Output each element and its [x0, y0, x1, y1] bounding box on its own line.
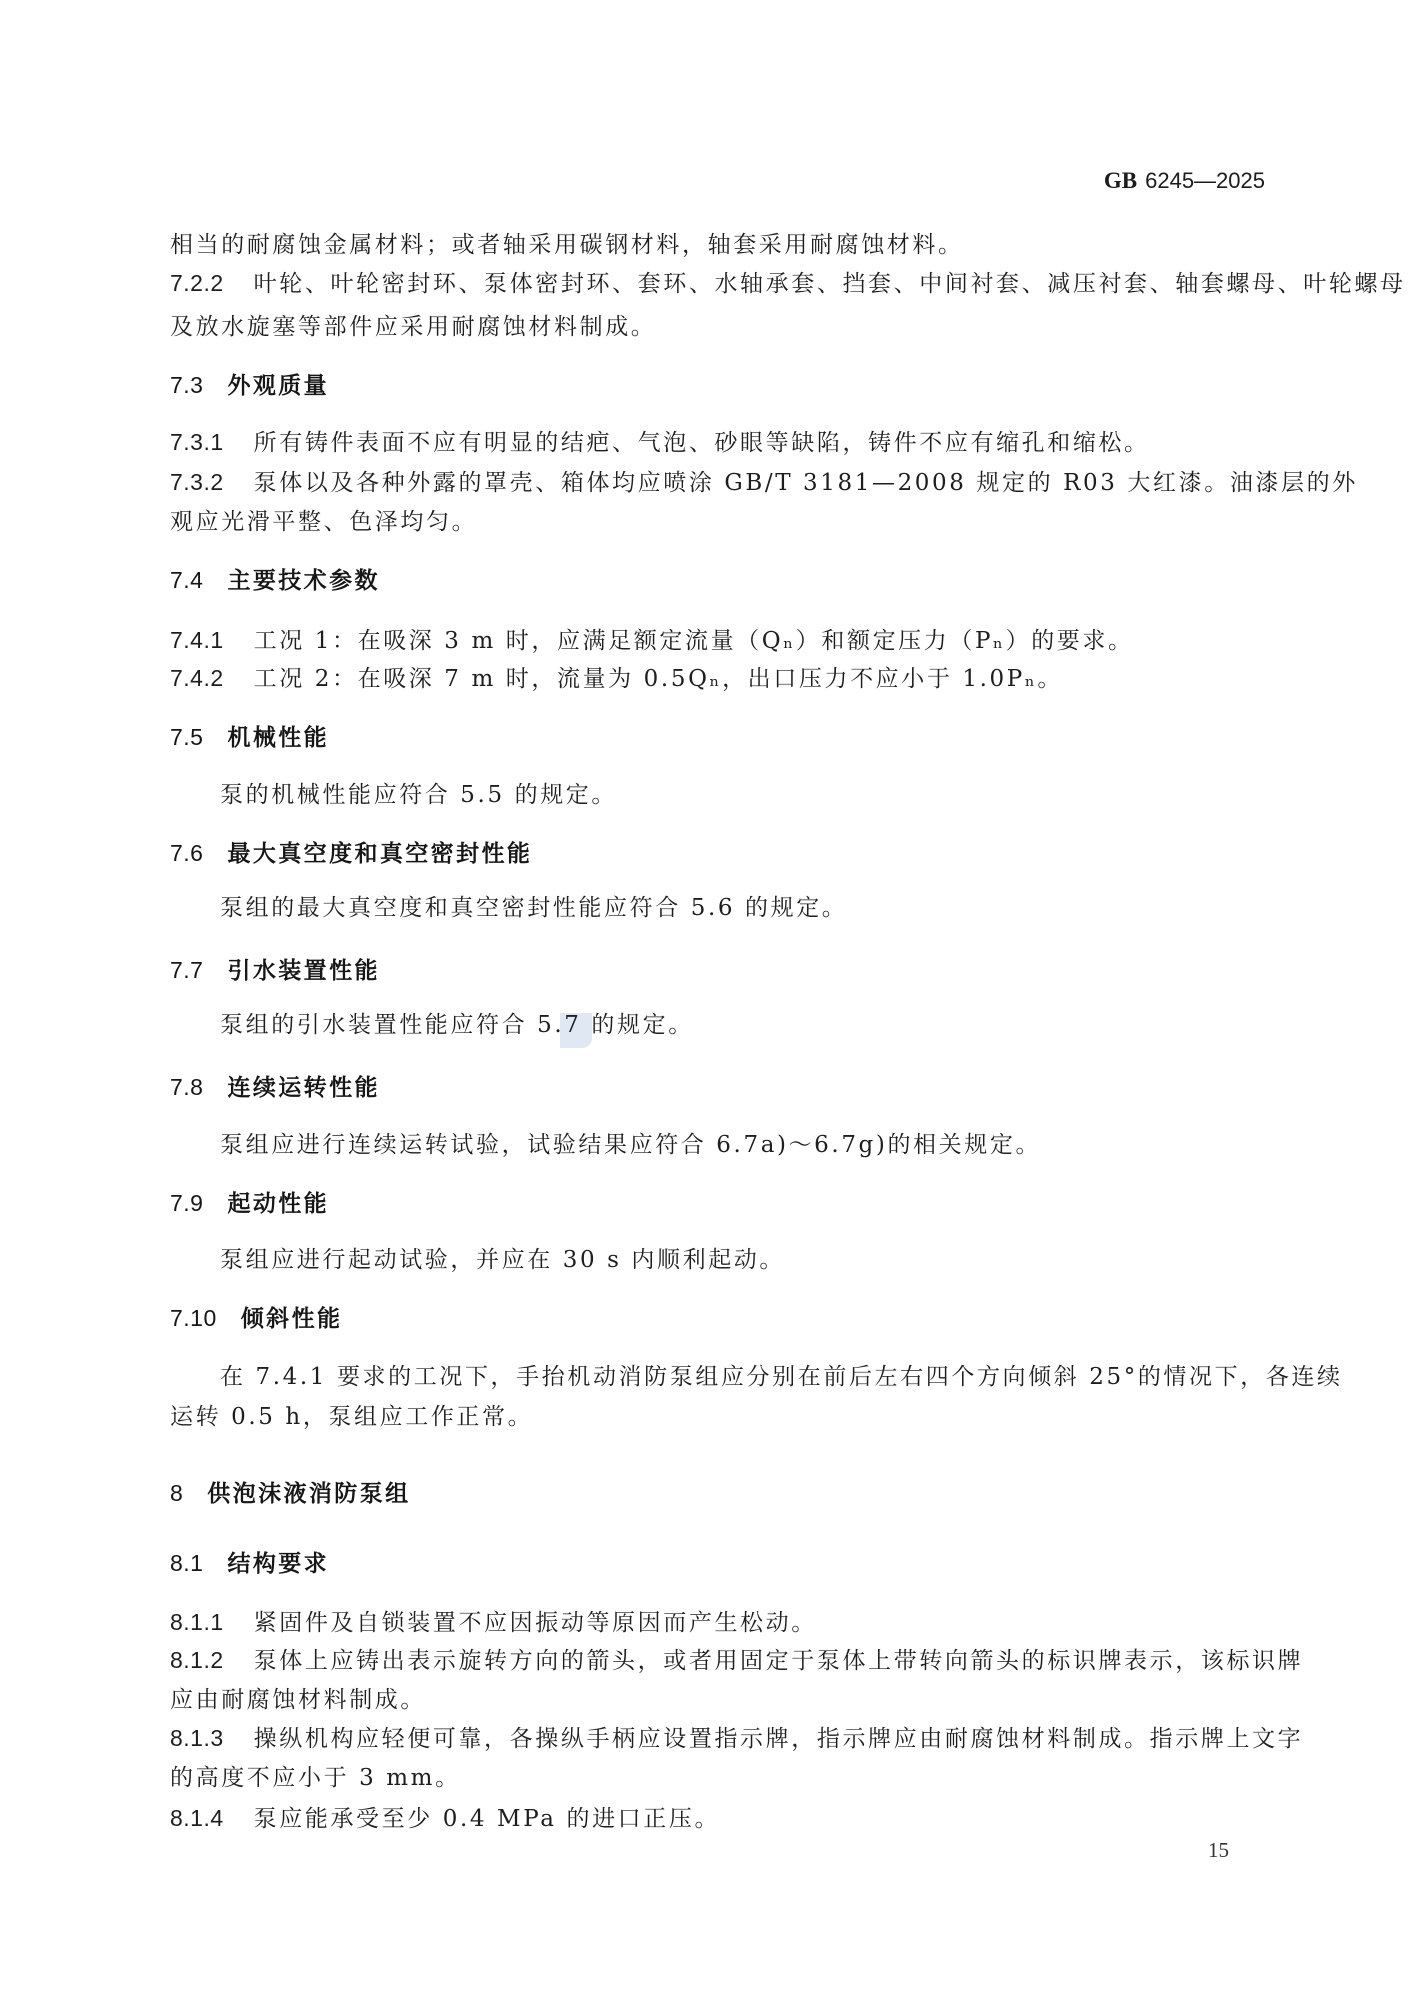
standard-prefix: GB — [1104, 168, 1137, 193]
line-text: 应由耐腐蚀材料制成。 — [170, 1687, 426, 1713]
heading-7-10: 7.10倾斜性能 — [170, 1300, 1262, 1336]
clause-7-3-2: 7.3.2泵体以及各种外露的罩壳、箱体均应喷涂 GB/T 3181—2008 规… — [170, 464, 1262, 500]
paragraph-line: 应由耐腐蚀材料制成。 — [170, 1682, 1262, 1718]
heading-number: 8.1 — [170, 1545, 203, 1581]
paragraph-text: 泵组应进行起动试验，并应在 30 s 内顺利起动。 — [220, 1247, 785, 1273]
paragraph-7-5: 泵的机械性能应符合 5.5 的规定。 — [170, 777, 1262, 813]
heading-7-8: 7.8连续运转性能 — [170, 1069, 1262, 1105]
clause-text: 操纵机构应轻便可靠，各操纵手柄应设置指示牌，指示牌应由耐腐蚀材料制成。指示牌上文… — [254, 1726, 1304, 1752]
clause-text: 泵体上应铸出表示旋转方向的箭头，或者用固定于泵体上带转向箭头的标识牌表示，该标识… — [254, 1648, 1304, 1674]
heading-number: 7.3 — [170, 367, 203, 403]
heading-title: 主要技术参数 — [227, 568, 379, 594]
clause-8-1-2: 8.1.2泵体上应铸出表示旋转方向的箭头，或者用固定于泵体上带转向箭头的标识牌表… — [170, 1642, 1262, 1678]
heading-8-1: 8.1结构要求 — [170, 1545, 1262, 1581]
clause-7-4-2: 7.4.2工况 2：在吸深 7 m 时，流量为 0.5Qₙ，出口压力不应小于 1… — [170, 660, 1262, 696]
clause-number: 8.1.2 — [170, 1642, 224, 1678]
clause-number: 7.3.1 — [170, 424, 224, 460]
line-text: 观应光滑平整、色泽均匀。 — [170, 509, 477, 535]
clause-number: 7.4.2 — [170, 660, 224, 696]
heading-title: 倾斜性能 — [241, 1306, 343, 1332]
paragraph-7-10: 在 7.4.1 要求的工况下，手抬机动消防泵组应分别在前后左右四个方向倾斜 25… — [170, 1359, 1262, 1395]
clause-7-4-1: 7.4.1工况 1：在吸深 3 m 时，应满足额定流量（Qₙ）和额定压力（Pₙ）… — [170, 622, 1262, 658]
heading-title: 引水装置性能 — [227, 958, 379, 984]
clause-7-2-2: 7.2.2叶轮、叶轮密封环、泵体密封环、套环、水轴承套、挡套、中间衬套、减压衬套… — [170, 265, 1262, 301]
clause-7-3-1: 7.3.1所有铸件表面不应有明显的结疤、气泡、砂眼等缺陷，铸件不应有缩孔和缩松。 — [170, 424, 1262, 460]
clause-number: 7.2.2 — [170, 265, 224, 301]
clause-8-1-1: 8.1.1紧固件及自锁装置不应因振动等原因而产生松动。 — [170, 1604, 1262, 1640]
heading-number: 7.10 — [170, 1300, 217, 1336]
paragraph-text: 泵组的引水装置性能应符合 5.7 的规定。 — [220, 1012, 694, 1038]
paragraph-line: 相当的耐腐蚀金属材料；或者轴采用碳钢材料，轴套采用耐腐蚀材料。 — [170, 227, 1262, 263]
page-number: 15 — [1208, 1838, 1229, 1863]
heading-7-9: 7.9起动性能 — [170, 1185, 1262, 1221]
line-text: 的高度不应小于 3 mm。 — [170, 1765, 461, 1791]
paragraph-7-7: 泵组的引水装置性能应符合 5.7 的规定。 — [170, 1007, 1262, 1043]
clause-text: 所有铸件表面不应有明显的结疤、气泡、砂眼等缺陷，铸件不应有缩孔和缩松。 — [254, 430, 1150, 456]
heading-title: 结构要求 — [227, 1551, 329, 1577]
clause-number: 7.3.2 — [170, 464, 224, 500]
heading-number: 7.8 — [170, 1069, 203, 1105]
clause-8-1-3: 8.1.3操纵机构应轻便可靠，各操纵手柄应设置指示牌，指示牌应由耐腐蚀材料制成。… — [170, 1720, 1262, 1756]
heading-title: 外观质量 — [227, 373, 329, 399]
paragraph-line: 观应光滑平整、色泽均匀。 — [170, 504, 1262, 540]
paragraph-line: 的高度不应小于 3 mm。 — [170, 1760, 1262, 1796]
clause-number: 8.1.1 — [170, 1604, 224, 1640]
heading-title: 机械性能 — [227, 725, 329, 751]
heading-title: 供泡沫液消防泵组 — [207, 1481, 410, 1507]
line-text: 相当的耐腐蚀金属材料；或者轴采用碳钢材料，轴套采用耐腐蚀材料。 — [170, 232, 964, 258]
heading-7-3: 7.3外观质量 — [170, 367, 1262, 403]
heading-number: 7.7 — [170, 952, 203, 988]
paragraph-text: 泵组应进行连续运转试验，试验结果应符合 6.7a)～6.7g)的相关规定。 — [220, 1132, 1041, 1158]
paragraph-line: 及放水旋塞等部件应采用耐腐蚀材料制成。 — [170, 309, 1262, 345]
heading-title: 连续运转性能 — [227, 1075, 379, 1101]
clause-text: 泵体以及各种外露的罩壳、箱体均应喷涂 GB/T 3181—2008 规定的 R0… — [254, 470, 1358, 496]
line-text: 及放水旋塞等部件应采用耐腐蚀材料制成。 — [170, 314, 656, 340]
heading-number: 7.9 — [170, 1185, 203, 1221]
heading-number: 7.5 — [170, 719, 203, 755]
clause-number: 8.1.4 — [170, 1800, 224, 1836]
clause-text: 叶轮、叶轮密封环、泵体密封环、套环、水轴承套、挡套、中间衬套、减压衬套、轴套螺母… — [254, 271, 1406, 297]
heading-number: 8 — [170, 1475, 183, 1511]
clause-number: 7.4.1 — [170, 622, 224, 658]
clause-number: 8.1.3 — [170, 1720, 224, 1756]
clause-text: 工况 2：在吸深 7 m 时，流量为 0.5Qₙ，出口压力不应小于 1.0Pₙ。 — [254, 666, 1063, 692]
paragraph-text: 泵的机械性能应符合 5.5 的规定。 — [220, 782, 617, 808]
standard-number: 6245—2025 — [1145, 168, 1265, 193]
document-page: GB6245—2025 相当的耐腐蚀金属材料；或者轴采用碳钢材料，轴套采用耐腐蚀… — [0, 0, 1413, 2000]
clause-text: 紧固件及自锁装置不应因振动等原因而产生松动。 — [254, 1610, 817, 1636]
heading-7-7: 7.7引水装置性能 — [170, 952, 1262, 988]
clause-8-1-4: 8.1.4泵应能承受至少 0.4 MPa 的进口正压。 — [170, 1800, 1262, 1836]
heading-7-6: 7.6最大真空度和真空密封性能 — [170, 835, 1262, 871]
heading-7-4: 7.4主要技术参数 — [170, 562, 1262, 598]
heading-8: 8供泡沫液消防泵组 — [170, 1475, 1262, 1511]
heading-7-5: 7.5机械性能 — [170, 719, 1262, 755]
heading-title: 最大真空度和真空密封性能 — [227, 841, 532, 867]
standard-header: GB6245—2025 — [1090, 168, 1265, 194]
heading-title: 起动性能 — [227, 1191, 329, 1217]
paragraph-text: 泵组的最大真空度和真空密封性能应符合 5.6 的规定。 — [220, 895, 847, 921]
paragraph-line: 运转 0.5 h，泵组应工作正常。 — [170, 1399, 1262, 1435]
paragraph-7-9: 泵组应进行起动试验，并应在 30 s 内顺利起动。 — [170, 1242, 1262, 1278]
clause-text: 工况 1：在吸深 3 m 时，应满足额定流量（Qₙ）和额定压力（Pₙ）的要求。 — [254, 628, 1134, 654]
paragraph-7-6: 泵组的最大真空度和真空密封性能应符合 5.6 的规定。 — [170, 890, 1262, 926]
heading-number: 7.4 — [170, 562, 203, 598]
clause-text: 泵应能承受至少 0.4 MPa 的进口正压。 — [254, 1806, 720, 1832]
paragraph-text: 在 7.4.1 要求的工况下，手抬机动消防泵组应分别在前后左右四个方向倾斜 25… — [220, 1364, 1343, 1390]
line-text: 运转 0.5 h，泵组应工作正常。 — [170, 1404, 533, 1430]
heading-number: 7.6 — [170, 835, 203, 871]
paragraph-7-8: 泵组应进行连续运转试验，试验结果应符合 6.7a)～6.7g)的相关规定。 — [170, 1127, 1262, 1163]
